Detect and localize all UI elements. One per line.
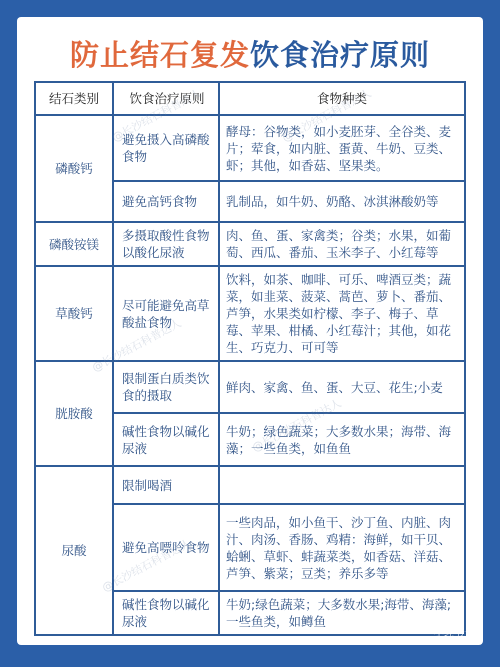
principle-cell: 限制喝酒 — [113, 466, 219, 504]
principle-cell: 避免高嘌呤食物 — [113, 504, 219, 591]
category-cell: 尿酸 — [35, 466, 113, 635]
title-part-blue: 饮食治疗原则 — [250, 38, 430, 72]
infographic-card: 防止结石复发饮食治疗原则 结石类别 饮食治疗原则 食物种类 磷酸钙 避免摄入高磷… — [17, 17, 483, 645]
footer-watermark: 小红书号 — [434, 624, 474, 639]
table-row: 胱胺酸 限制蛋白质类饮食的摄取 鲜肉、家禽、鱼、蛋、大豆、花生;小麦 — [35, 361, 465, 413]
category-cell: 草酸钙 — [35, 266, 113, 361]
foods-cell: 酵母：谷物类，如小麦胚芽、全谷类、麦片；荤食，如内脏、蛋黄、牛奶、豆类、虾；其他… — [219, 115, 465, 181]
header-principle: 饮食治疗原则 — [113, 82, 219, 115]
table-header-row: 结石类别 饮食治疗原则 食物种类 — [35, 82, 465, 115]
principle-cell: 限制蛋白质类饮食的摄取 — [113, 361, 219, 413]
table-row: 磷酸铵镁 多摄取酸性食物以酸化尿液 肉、鱼、蛋、家禽类；谷类；水果，如葡萄、西瓜… — [35, 222, 465, 266]
principle-cell: 多摄取酸性食物以酸化尿液 — [113, 222, 219, 266]
diet-table: 结石类别 饮食治疗原则 食物种类 磷酸钙 避免摄入高磷酸食物 酵母：谷物类，如小… — [34, 81, 466, 636]
page-title: 防止结石复发饮食治疗原则 — [17, 37, 483, 73]
foods-cell — [219, 466, 465, 504]
foods-cell: 鲜肉、家禽、鱼、蛋、大豆、花生;小麦 — [219, 361, 465, 413]
title-part-orange: 防止结石复发 — [70, 38, 250, 72]
category-cell: 磷酸铵镁 — [35, 222, 113, 266]
foods-cell: 肉、鱼、蛋、家禽类；谷类；水果，如葡萄、西瓜、番茄、玉米李子、小红莓等 — [219, 222, 465, 266]
foods-cell: 乳制品，如牛奶、奶酪、冰淇淋酸奶等 — [219, 181, 465, 222]
header-category: 结石类别 — [35, 82, 113, 115]
table-row: 草酸钙 尽可能避免高草酸盐食物 饮料，如茶、咖啡、可乐、啤酒豆类；蔬菜，如韭菜、… — [35, 266, 465, 361]
foods-cell: 牛奶；绿色蔬菜；大多数水果；海带、海藻；一些鱼类，如鱼鱼 — [219, 413, 465, 466]
table-row: 磷酸钙 避免摄入高磷酸食物 酵母：谷物类，如小麦胚芽、全谷类、麦片；荤食，如内脏… — [35, 115, 465, 181]
principle-cell: 避免高钙食物 — [113, 181, 219, 222]
principle-cell: 尽可能避免高草酸盐食物 — [113, 266, 219, 361]
principle-cell: 避免摄入高磷酸食物 — [113, 115, 219, 181]
table-row: 尿酸 限制喝酒 — [35, 466, 465, 504]
foods-cell: 牛奶;绿色蔬菜；大多数水果;海带、海藻;一些鱼类，如鳟鱼 — [219, 591, 465, 635]
category-cell: 磷酸钙 — [35, 115, 113, 222]
header-foods: 食物种类 — [219, 82, 465, 115]
foods-cell: 饮料，如茶、咖啡、可乐、啤酒豆类；蔬菜，如韭菜、菠菜、蒿芭、萝卜、番茄、芦笋，水… — [219, 266, 465, 361]
category-cell: 胱胺酸 — [35, 361, 113, 466]
principle-cell: 碱性食物以碱化尿液 — [113, 413, 219, 466]
foods-cell: 一些肉品，如小鱼干、沙丁鱼、内脏、肉汁、肉汤、香肠、鸡精：海鲜，如干贝、蛤蜊、草… — [219, 504, 465, 591]
principle-cell: 碱性食物以碱化尿液 — [113, 591, 219, 635]
